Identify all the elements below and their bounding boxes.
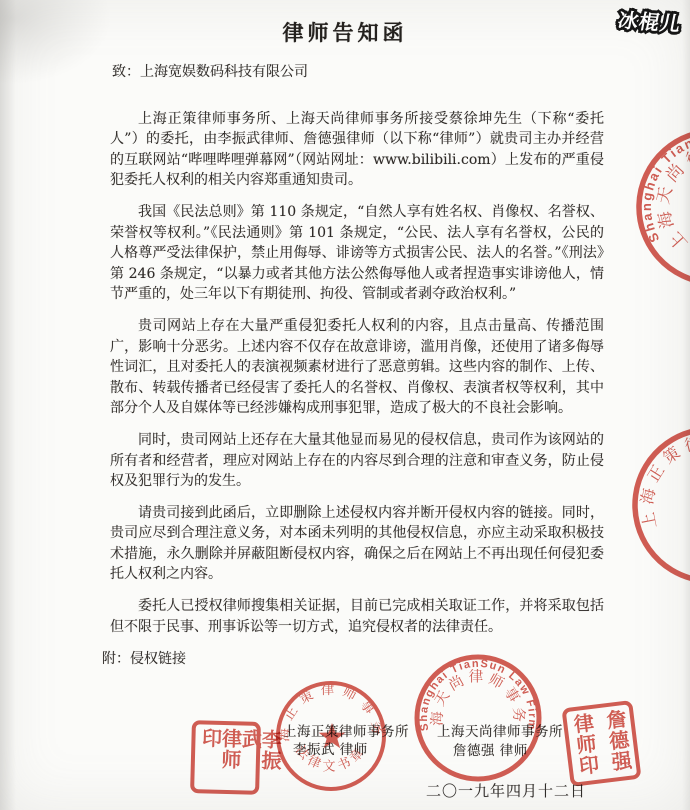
svg-text:上海正策律师事务所: 上海正策律师事务所 bbox=[622, 416, 690, 531]
paragraph-demand: 请贵司接到此函后，立即删除上述侵权内容并断开侵权内容的链接。同时，贵司应尽到合理… bbox=[110, 503, 604, 585]
stamp-english-arc-text: Shanghai TianSun Law Firm bbox=[617, 109, 690, 245]
stamp-firm-arc-text: 上海正策律师事务所 bbox=[622, 416, 690, 531]
edge-stamp-tiansun: Shanghai TianSun Law Firm 上海天尚律师事务所 bbox=[606, 98, 690, 316]
square-seal-li-zhenwu: 律师印 李振武 bbox=[190, 720, 261, 795]
signature-date: 二〇一九年四月十二日 bbox=[426, 780, 586, 801]
stamp-ring bbox=[618, 110, 690, 305]
paragraph-duty: 同时，贵司网站上还存在大量其他显而易见的侵权信息，贵司作为该网站的所有者和经营者… bbox=[110, 430, 604, 492]
recipient-line: 致：上海宽娱数码科技有限公司 bbox=[112, 62, 604, 83]
seal-title-column: 律师印 bbox=[199, 727, 241, 787]
paragraph-evidence: 委托人已授权律师搜集相关证据，目前已完成相关取证工作，并将采取包括但不限于民事、… bbox=[110, 596, 604, 637]
edge-stamp-zhengce: 上海正策律师事务所 bbox=[608, 402, 690, 608]
signature-firm-zhengce: 上海正策律师事务所 bbox=[283, 720, 409, 740]
square-seal-zhan-deqiang: 律师印 詹德强 bbox=[561, 700, 641, 787]
paragraph-infringement: 贵司网站上存在大量严重侵犯委托人权利的内容，且点击量高、传播范围广，影响十分恶劣… bbox=[110, 316, 604, 419]
seal-name-column: 李振武 bbox=[239, 728, 281, 788]
document-title: 律师告知函 bbox=[0, 17, 690, 47]
uploader-watermark: 冰棍儿 冰棍儿 bbox=[616, 11, 683, 35]
signature-firm-tiansun: 上海天尚律师事务所 bbox=[437, 720, 563, 740]
svg-text:Shanghai TianSun Law Firm: Shanghai TianSun Law Firm bbox=[617, 109, 690, 245]
seal-title-column: 律师印 bbox=[571, 712, 599, 779]
letter-body: 致：上海宽娱数码科技有限公司 上海正策律师事务所、上海天尚律师事务所接受蔡徐坤先… bbox=[110, 62, 604, 681]
signature-lawyer-zhan: 詹德强 律师 bbox=[453, 739, 528, 759]
paragraph-intro: 上海正策律师事务所、上海天尚律师事务所接受蔡徐坤先生（下称“委托人”）的委托，由… bbox=[110, 109, 604, 191]
stamp-ring bbox=[619, 413, 690, 597]
seal-name-column: 詹德强 bbox=[604, 708, 632, 775]
scan-streak-artifact bbox=[682, 0, 690, 810]
scan-streak-artifact bbox=[0, 0, 16, 810]
paragraph-legal-basis: 我国《民法总则》第 110 条规定，“自然人享有姓名权、肖像权、名誉权、荣誉权等… bbox=[110, 202, 604, 305]
attachment-note: 附：侵权链接 bbox=[102, 649, 604, 670]
watermark-text: 冰棍儿 bbox=[616, 10, 683, 36]
signature-lawyer-li: 李振武 律师 bbox=[293, 738, 368, 758]
scanned-lawyer-letter: 冰棍儿 冰棍儿 律师告知函 致：上海宽娱数码科技有限公司 上海正策律师事务所、上… bbox=[0, 0, 690, 810]
